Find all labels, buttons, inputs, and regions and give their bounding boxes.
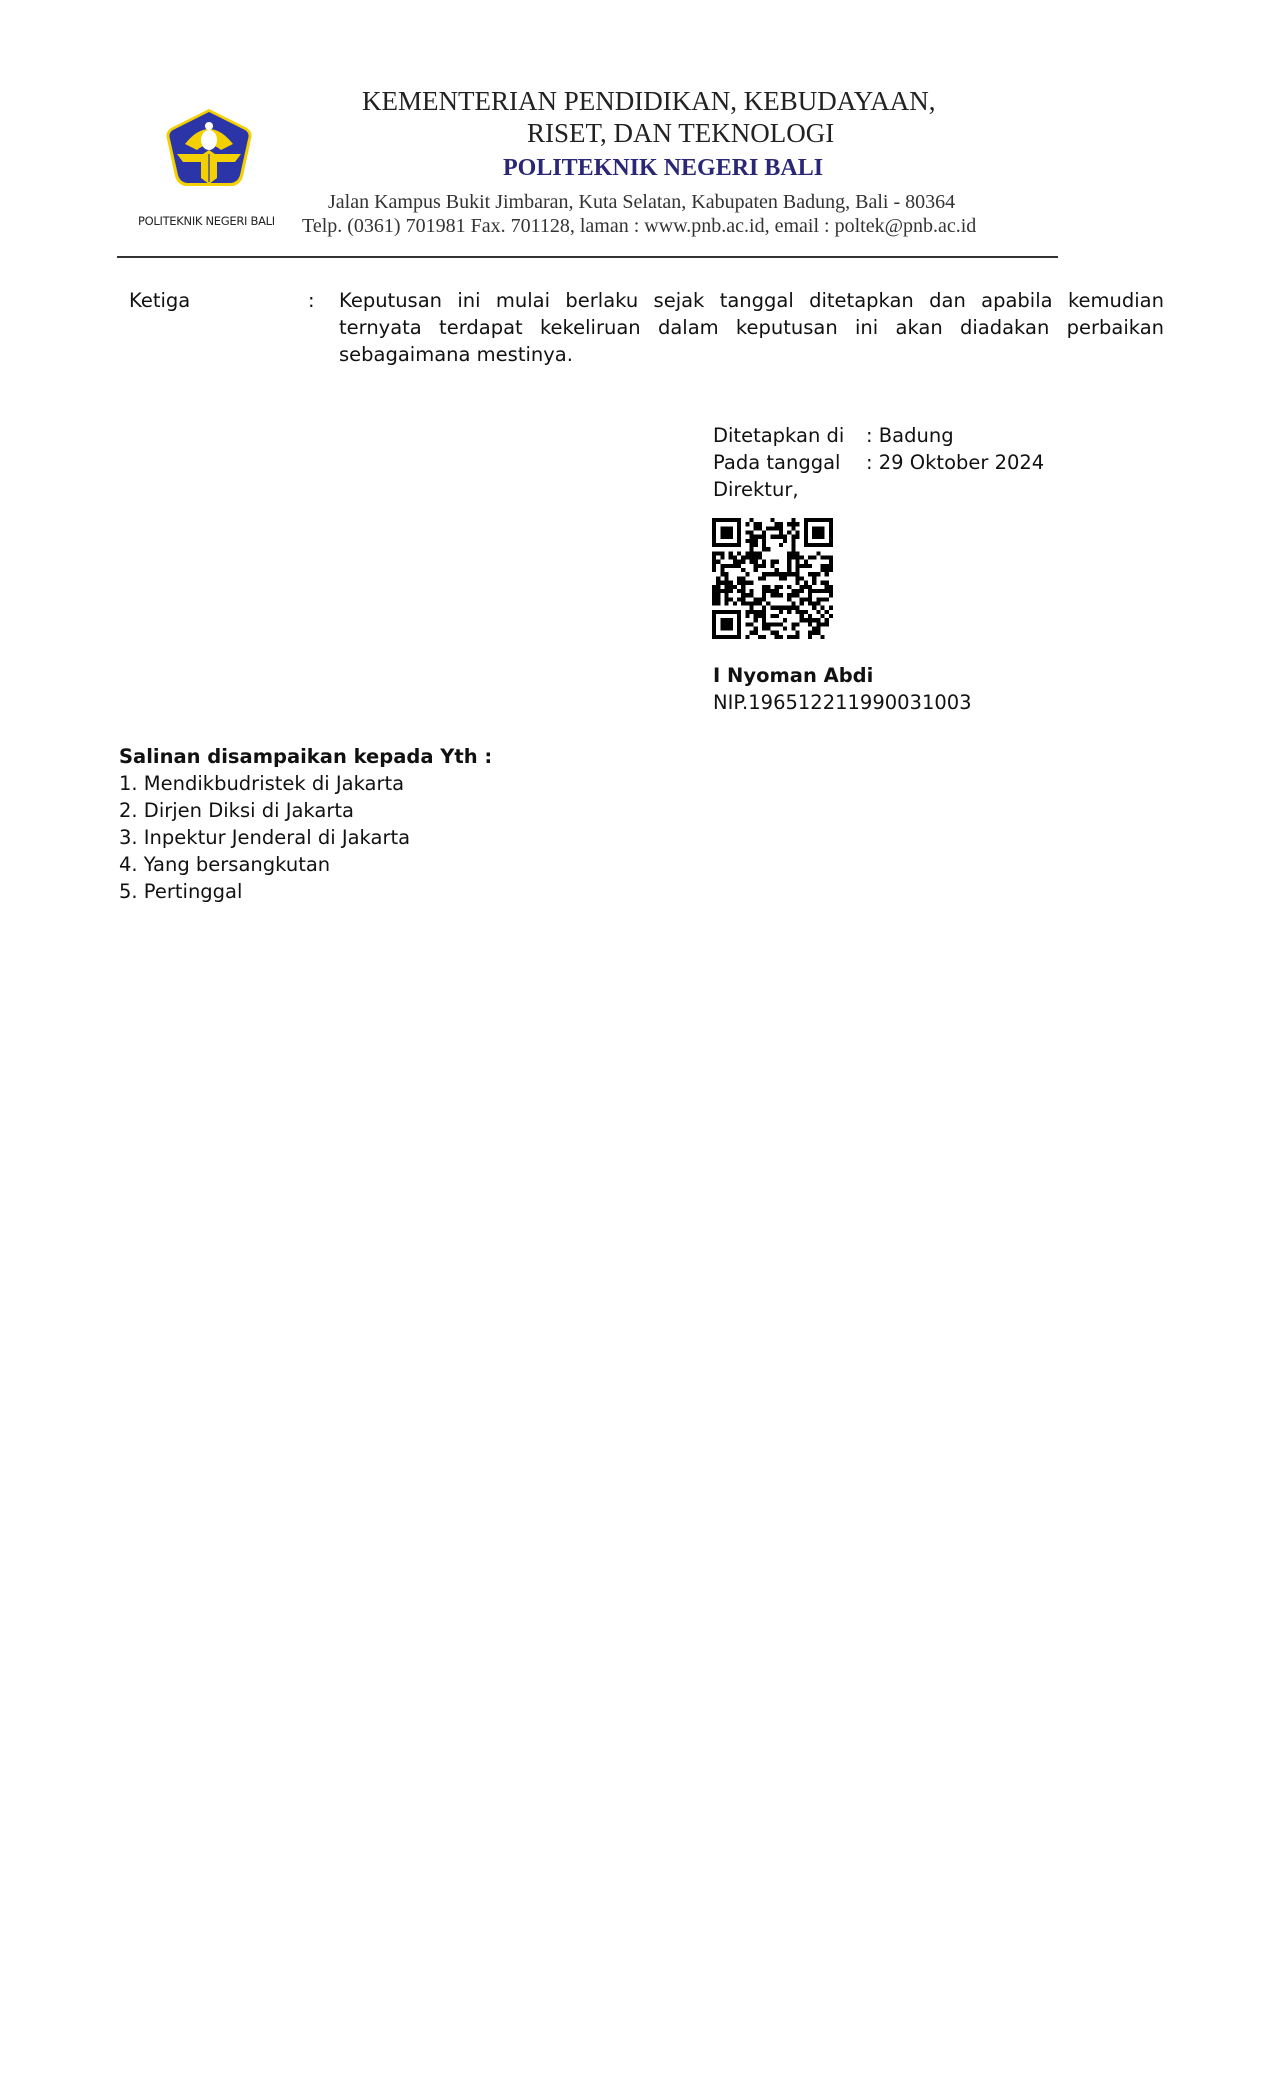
clause-label: Ketiga xyxy=(129,287,190,314)
logo-caption: POLITEKNIK NEGERI BALI xyxy=(138,214,275,228)
copy-recipient: 2. Dirjen Diksi di Jakarta xyxy=(119,797,354,824)
copies-heading: Salinan disampaikan kepada Yth : xyxy=(119,743,492,770)
clause-separator: : xyxy=(308,287,315,314)
ministry-line-2: RISET, DAN TEKNOLOGI xyxy=(527,118,834,149)
signatory-nip: NIP.196512211990031003 xyxy=(713,689,972,716)
copy-recipient: 4. Yang bersangkutan xyxy=(119,851,330,878)
copy-recipient: 5. Pertinggal xyxy=(119,878,242,905)
institution-name: POLITEKNIK NEGERI BALI xyxy=(503,155,823,182)
copy-recipient: 3. Inpektur Jenderal di Jakarta xyxy=(119,824,410,851)
place-value: : Badung xyxy=(866,422,954,449)
letterhead-divider xyxy=(117,256,1058,258)
position-title: Direktur, xyxy=(713,476,799,503)
qr-code-icon xyxy=(712,518,833,639)
place-label: Ditetapkan di xyxy=(713,422,844,449)
signatory-name: I Nyoman Abdi xyxy=(713,662,873,689)
copy-recipient: 1. Mendikbudristek di Jakarta xyxy=(119,770,404,797)
clause-line: Keputusan ini mulai berlaku sejak tangga… xyxy=(339,287,1164,314)
clause-line: sebagaimana mestinya. xyxy=(339,341,573,368)
address: Jalan Kampus Bukit Jimbaran, Kuta Selata… xyxy=(328,191,955,214)
contact-info: Telp. (0361) 701981 Fax. 701128, laman :… xyxy=(302,215,976,238)
date-label: Pada tanggal xyxy=(713,449,840,476)
date-value: : 29 Oktober 2024 xyxy=(866,449,1044,476)
pnb-logo-icon xyxy=(163,106,255,198)
clause-line: ternyata terdapat kekeliruan dalam keput… xyxy=(339,314,1164,341)
ministry-line-1: KEMENTERIAN PENDIDIKAN, KEBUDAYAAN, xyxy=(362,86,935,117)
